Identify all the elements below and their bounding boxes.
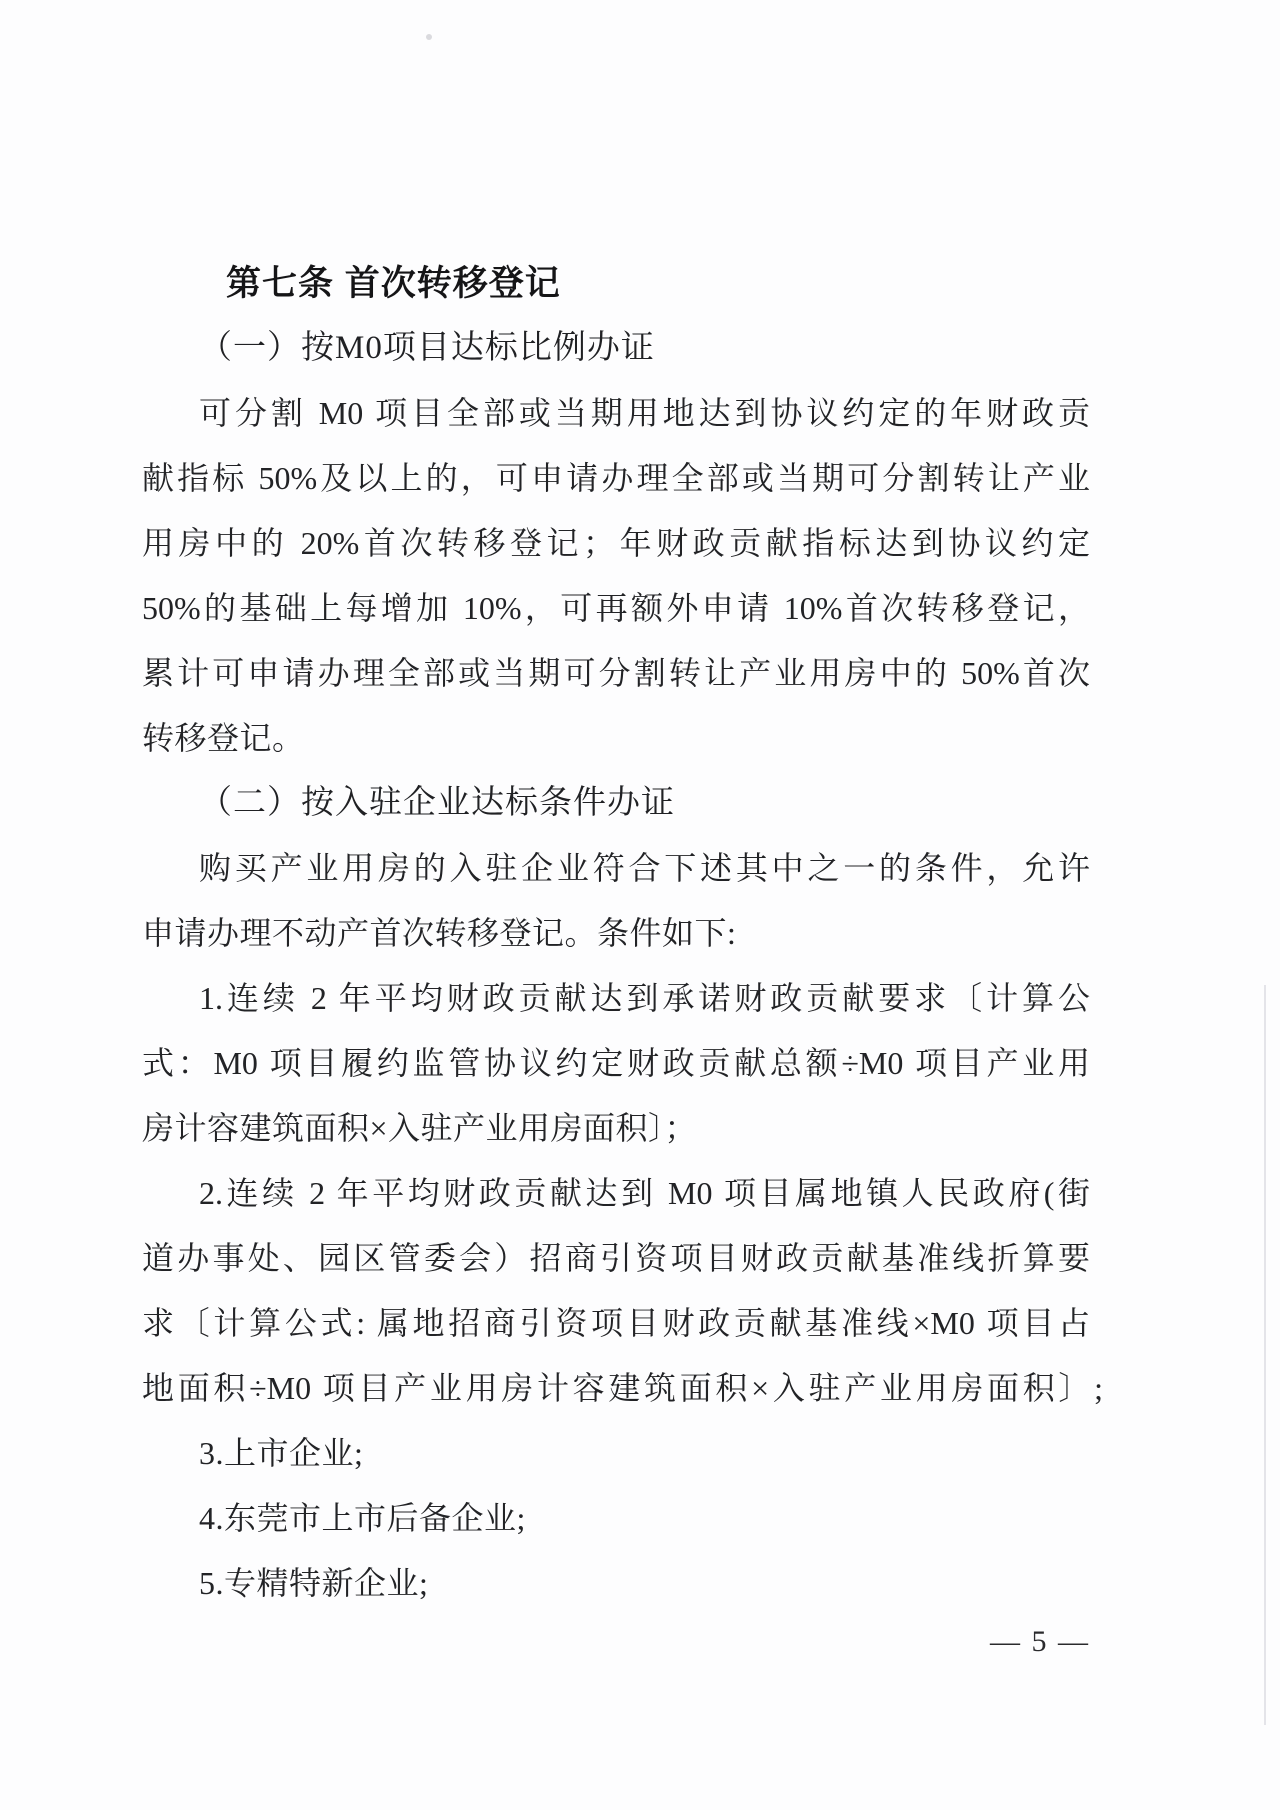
paragraph-1-line: 转移登记。 <box>142 706 1090 771</box>
paragraph-1-line: 用房中的 20%首次转移登记；年财政贡献指标达到协议约定 <box>142 511 1090 576</box>
list-item-1-line: 1.连续 2 年平均财政贡献达到承诺财政贡献要求〔计算公 <box>142 966 1090 1031</box>
article-heading: 第七条 首次转移登记 <box>142 251 1090 316</box>
document-body: 第七条 首次转移登记 （一）按M0项目达标比例办证 可分割 M0 项目全部或当期… <box>142 251 1090 1616</box>
paragraph-1-line: 50%的基础上每增加 10%，可再额外申请 10%首次转移登记， <box>142 576 1090 641</box>
paragraph-2-line: 申请办理不动产首次转移登记。条件如下: <box>142 901 1090 966</box>
scan-edge-artifact <box>1264 985 1266 1725</box>
section-2-heading: （二）按入驻企业达标条件办证 <box>142 771 1090 836</box>
paragraph-1-line: 可分割 M0 项目全部或当期用地达到协议约定的年财政贡 <box>142 381 1090 446</box>
paragraph-2-line: 购买产业用房的入驻企业符合下述其中之一的条件，允许 <box>142 836 1090 901</box>
list-item-2-line: 求〔计算公式: 属地招商引资项目财政贡献基准线×M0 项目占 <box>142 1291 1090 1356</box>
page-number: — 5 — <box>142 1612 1090 1672</box>
paragraph-1-line: 累计可申请办理全部或当期可分割转让产业用房中的 50%首次 <box>142 641 1090 706</box>
list-item-4: 4.东莞市上市后备企业; <box>142 1486 1090 1551</box>
list-item-5: 5.专精特新企业; <box>142 1551 1090 1616</box>
list-item-2-line: 道办事处、园区管委会）招商引资项目财政贡献基准线折算要 <box>142 1226 1090 1291</box>
section-1-heading: （一）按M0项目达标比例办证 <box>142 316 1090 381</box>
list-item-2-line: 2.连续 2 年平均财政贡献达到 M0 项目属地镇人民政府(街 <box>142 1161 1090 1226</box>
scan-speck-artifact <box>426 34 432 40</box>
paragraph-1-line: 献指标 50%及以上的，可申请办理全部或当期可分割转让产业 <box>142 446 1090 511</box>
list-item-1-line: 式：M0 项目履约监管协议约定财政贡献总额÷M0 项目产业用 <box>142 1031 1090 1096</box>
list-item-2-line: 地面积÷M0 项目产业用房计容建筑面积×入驻产业用房面积〕; <box>142 1356 1103 1421</box>
list-item-3: 3.上市企业; <box>142 1421 1090 1486</box>
document-page: 第七条 首次转移登记 （一）按M0项目达标比例办证 可分割 M0 项目全部或当期… <box>0 0 1280 1810</box>
list-item-1-line: 房计容建筑面积×入驻产业用房面积〕； <box>142 1096 1090 1161</box>
